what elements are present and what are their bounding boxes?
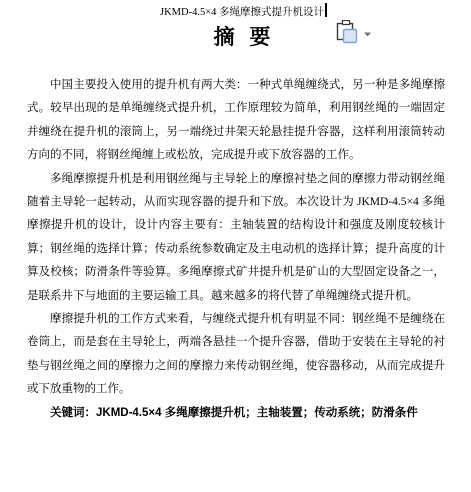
document-title-line[interactable]: JKMD-4.5×4 多绳摩擦式提升机设计: [8, 0, 471, 20]
paragraph-2[interactable]: 多绳摩擦提升机是利用钢丝绳与主导轮上的摩擦衬垫之间的摩擦力带动钢丝绳随着主导轮一…: [27, 168, 445, 308]
paragraph-3[interactable]: 摩擦提升机的工作方式来看，与缠绕式提升机有明显不同：钢丝绳不是缠绕在卷筒上，而是…: [27, 308, 445, 402]
abstract-heading[interactable]: 摘 要: [7, 24, 471, 52]
abstract-body: 中国主要投入使用的提升机有两大类：一种式单绳缠绕式，另一种是多绳摩擦式。较早出现…: [27, 74, 445, 425]
document-page: JKMD-4.5×4 多绳摩擦式提升机设计 摘 要 中国主要投入使用的提升机有两…: [0, 0, 471, 492]
text-caret: [325, 3, 327, 17]
document-title[interactable]: JKMD-4.5×4 多绳摩擦式提升机设计: [160, 7, 324, 18]
keywords-line[interactable]: 关键词：JKMD-4.5×4 多绳摩擦提升机；主轴装置；传动系统；防滑条件: [27, 402, 445, 425]
paragraph-1[interactable]: 中国主要投入使用的提升机有两大类：一种式单绳缠绕式，另一种是多绳摩擦式。较早出现…: [27, 74, 445, 168]
